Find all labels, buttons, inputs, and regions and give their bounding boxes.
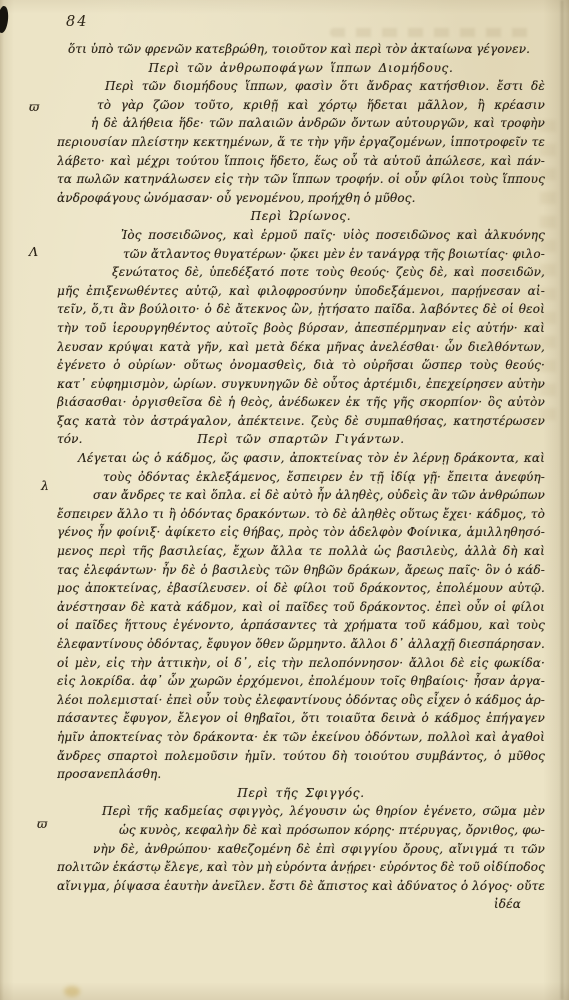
text-line: εἰς λοκρίδα. ἀφ᾽ ὧν χωρῶν ἐρχόμενοι, ἐπο… (57, 672, 545, 691)
section-heading: Περὶ τῶν σπαρτῶν Γιγάντων. (197, 432, 405, 446)
text-line: ξενώτατος δὲ, ὑπεδέξατό ποτε τοὺς θεούς·… (57, 263, 545, 282)
text-line: γένος ἦν φοίνιξ· ἀφίκετο εἰς θήβας, πρὸς… (57, 523, 545, 542)
text-line: κατ᾽ εὐφημισμὸν, ὠρίων. συγκυνηγῶν δὲ οὗ… (57, 375, 545, 394)
text-line: τοὺς ὀδόντας ἐκλεξάμενος, ἔσπειρεν ἐν τῇ… (57, 468, 545, 487)
scan-artifact-corner (0, 5, 10, 33)
margin-guide-letter: ϖ (29, 99, 39, 114)
text-line: Ἰὸς ποσειδῶνος, καὶ ἑρμοῦ παῖς· υἱὸς ποσ… (57, 226, 545, 245)
text-line: ξας κατὰ τὸν ἀστράγαλον, ἀπέκτεινε. ζεὺς… (57, 412, 545, 431)
text-line: ὡς κυνὸς, κεφαλὴν δὲ καὶ πρόσωπον κόρης·… (57, 821, 545, 840)
section-heading-line: Περὶ Ὠρίωνος. (57, 207, 545, 226)
margin-guide-letter: Λ (29, 244, 38, 259)
section-heading-line: τόν.Περὶ τῶν σπαρτῶν Γιγάντων. (57, 430, 545, 449)
text-line: σαν ἄνδρες τε καὶ ὅπλα. εἰ δὲ αὐτὸ ἦν ἀλ… (57, 486, 545, 505)
section-heading-line: Περὶ τῆς Σφιγγός. (57, 784, 545, 803)
text-block: ὅτι ὑπὸ τῶν φρενῶν κατεβρώθη, τοιοῦτον κ… (57, 40, 545, 914)
text-line: πάσαντες ἔφυγον, ἔλεγον οἱ θηβαῖοι, ὅτι … (57, 709, 545, 728)
catchword: ἰδέα (57, 895, 545, 914)
text-line: βιάσασθαι· ὀργισθεῖσα δὲ ἡ θεὸς, ἀνέδωκε… (57, 393, 545, 412)
text-line: περιουσίαν πλείστην κεκτημένων, ἅ τε τὴν… (57, 133, 545, 152)
margin-guide-letter: ϖ (37, 816, 47, 831)
page-number: 84 (66, 14, 88, 30)
text-line: Περὶ τῆς καδμείας σφιγγὸς, λέγουσιν ὡς θ… (57, 802, 545, 821)
text-line: ἔσπειρεν ἄλλο τι ἢ ὀδόντας δρακόντων. τὸ… (57, 505, 545, 524)
paper-stain (64, 986, 80, 997)
text-line: ἐγένετο ὁ οὐρίων· οὕτως ὀνομασθεὶς, διὰ … (57, 356, 545, 375)
bleedthrough-ghost (330, 28, 530, 37)
text-line: λευσαν κρύψαι κατὰ γῆν, καὶ μετὰ δέκα μῆ… (57, 338, 545, 357)
paragraph-end-word: τόν. (57, 430, 83, 449)
text-line: τα πωλῶν κατηνάλωσεν εἰς τὴν τῶν ἵππων τ… (57, 170, 545, 189)
text-line: ἀνδροφάγους ὠνόμασαν· οὗ γενομένου, προή… (57, 189, 545, 208)
text-line: λέοι πολεμισταί· ἐπεὶ οὖν τοὺς ἐλεφαντίν… (57, 691, 545, 710)
text-line: ἄνδρες σπαρτοὶ πολεμοῦσιν ἡμῖν. τούτου δ… (57, 747, 545, 766)
text-line: τὴν τοῦ ἱερουργηθέντος αὐτοῖς βοὸς βύρσα… (57, 319, 545, 338)
page-edge-shadow (561, 0, 563, 1000)
text-line: λάβετο· καὶ μέχρι τούτου ἵπποις ἥδετο, ἕ… (57, 152, 545, 171)
text-line: πολιτῶν ἑκάστῳ ἔλεγε, καὶ τὸν μὴ εὑρόντα… (57, 858, 545, 877)
text-line: τὸ γὰρ ζῶον τοῦτο, κριθῇ καὶ χόρτῳ ἥδετα… (57, 96, 545, 115)
text-line: μενος περὶ τῆς βασιλείας, ἔχων ἄλλα τε π… (57, 542, 545, 561)
text-line: νὴν δὲ, ἀνθρώπου· καθεζομένη δὲ ἐπὶ σφιγ… (57, 840, 545, 859)
text-line: ἡμῖν ἀποκτείνας τὸν δράκοντα· ἐκ τῶν ἐκε… (57, 728, 545, 747)
text-line: ὅτι ὑπὸ τῶν φρενῶν κατεβρώθη, τοιοῦτον κ… (57, 40, 545, 59)
text-line: ἀνέστησαν δὲ κατὰ κάδμον, καὶ οἱ παῖδες … (57, 598, 545, 617)
text-line: Λέγεται ὡς ὁ κάδμος, ὥς φασιν, ἀποκτείνα… (57, 449, 545, 468)
text-line: τας ἐλεφάντων· ἦν δὲ ὁ βασιλεὺς τῶν θηβῶ… (57, 561, 545, 580)
text-line: προσανεπλάσθη. (57, 765, 545, 784)
margin-guide-letter: λ (41, 478, 49, 493)
book-page-scan: 84 ϖΛλϖ ὅτι ὑπὸ τῶν φρενῶν κατεβρώθη, το… (0, 0, 569, 1000)
text-line: μῆς ἐπιξενωθέντες αὐτῷ, καὶ φιλοφροσύνην… (57, 282, 545, 301)
text-line: ἐλεφαντίνους ὀδόντας, ἔφυγον ὅθεν ὥρμηντ… (57, 635, 545, 654)
text-line: τῶν ἄτλαντος θυγατέρων· ᾤκει μὲν ἐν τανά… (57, 245, 545, 264)
text-line: οἱ μὲν, εἰς τὴν ἀττικὴν, οἱ δ᾽, εἰς τὴν … (57, 654, 545, 673)
text-line: ἡ δὲ ἀλήθεια ἥδε· τῶν παλαιῶν ἀνδρῶν ὄντ… (57, 114, 545, 133)
text-line: μος ἀποκτείνας, ἐβασίλευσεν. οἱ δὲ φίλοι… (57, 579, 545, 598)
text-line: Περὶ τῶν διομήδους ἵππων, φασὶν ὅτι ἄνδρ… (57, 77, 545, 96)
section-heading-line: Περὶ τῶν ἀνθρωποφάγων ἵππων Διομήδους. (57, 59, 545, 78)
text-line: τεῖν, ὅ,τι ἂν βούλοιτο· ὁ δὲ ἄτεκνος ὢν,… (57, 300, 545, 319)
text-line: οἱ παῖδες ἥττους ἐγένοντο, ἁρπάσαντες τὰ… (57, 616, 545, 635)
text-line: αἴνιγμα, ῥίψασα ἑαυτὴν ἀνεῖλεν. ἔστι δὲ … (57, 877, 545, 896)
